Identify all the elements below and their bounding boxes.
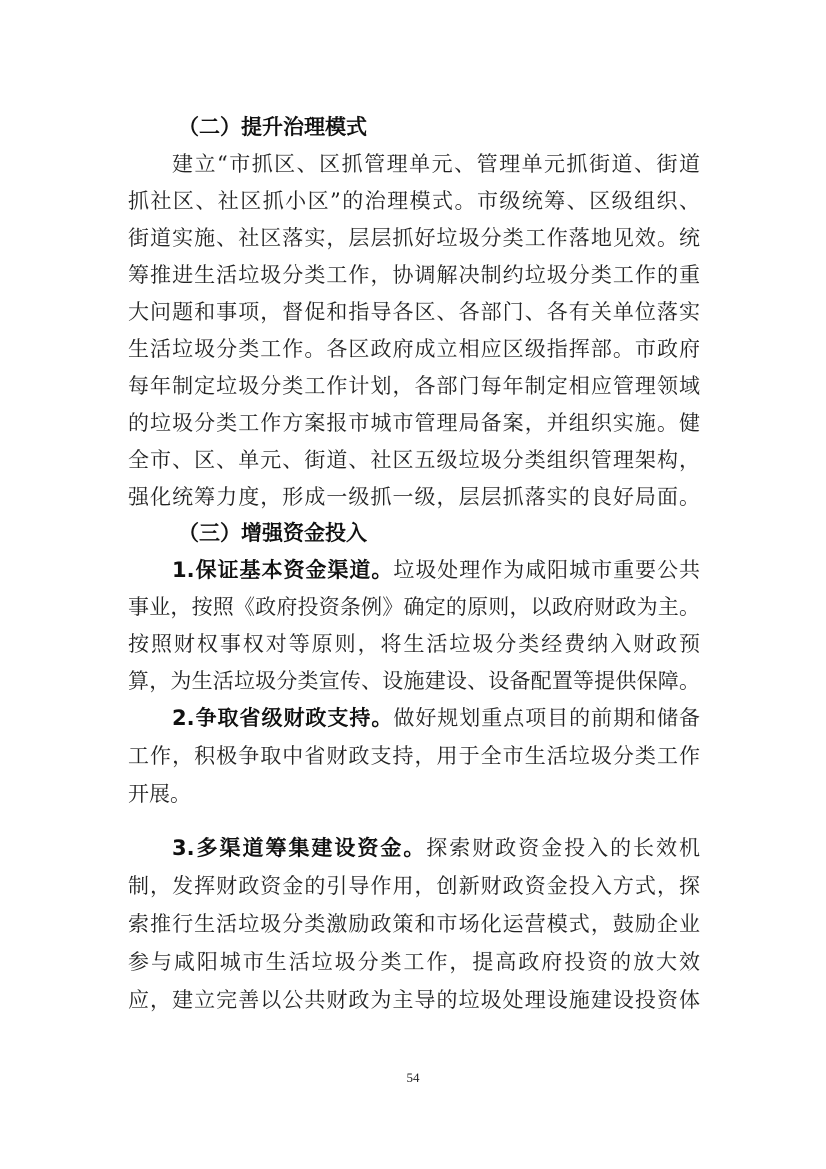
paragraph-line: 索推行生活垃圾分类激励政策和市场化运营模式，鼓励企业 xyxy=(128,909,700,939)
page-number: 54 xyxy=(0,1070,826,1086)
paragraph-line: 抓社区、社区抓小区”的治理模式。市级统筹、区级组织、 xyxy=(128,186,700,216)
paragraph-line: 生活垃圾分类工作。各区政府成立相应区级指挥部。市政府 xyxy=(128,334,700,364)
paragraph-line: 工作，积极争取中省财政支持，用于全市生活垃圾分类工作 xyxy=(128,741,700,771)
item-text: 垃圾处理作为咸阳城市重要公共 xyxy=(393,558,700,582)
item-first-line: 2.争取省级财政支持。做好规划重点项目的前期和储备 xyxy=(172,703,700,733)
paragraph-line: 按照财权事权对等原则，将生活垃圾分类经费纳入财政预 xyxy=(128,629,700,659)
paragraph-line: 参与咸阳城市生活垃圾分类工作，提高政府投资的放大效 xyxy=(128,947,700,977)
paragraph-line: 算，为生活垃圾分类宣传、设施建设、设备配置等提供保障。 xyxy=(128,666,700,696)
paragraph-line: 强化统筹力度，形成一级抓一级，层层抓落实的良好局面。 xyxy=(128,482,700,512)
paragraph-line: 街道实施、社区落实，层层抓好垃圾分类工作落地见效。统 xyxy=(128,223,700,253)
item-first-line: 3.多渠道筹集建设资金。探索财政资金投入的长效机 xyxy=(172,833,700,863)
paragraph-line: 大问题和事项，督促和指导各区、各部门、各有关单位落实 xyxy=(128,297,700,327)
item-lead-basic-funding: 1.保证基本资金渠道。 xyxy=(172,558,393,582)
paragraph-line: 建立“市抓区、区抓管理单元、管理单元抓街道、街道 xyxy=(172,149,700,179)
paragraph-line: 每年制定垃圾分类工作计划，各部门每年制定相应管理领域 xyxy=(128,371,700,401)
section-heading-funding: （三）增强资金投入 xyxy=(178,518,367,548)
item-first-line: 1.保证基本资金渠道。垃圾处理作为咸阳城市重要公共 xyxy=(172,555,700,585)
item-text: 做好规划重点项目的前期和储备 xyxy=(393,706,700,730)
item-text: 探索财政资金投入的长效机 xyxy=(426,836,700,860)
paragraph-line: 筹推进生活垃圾分类工作，协调解决制约垃圾分类工作的重 xyxy=(128,260,700,290)
item-lead-provincial-support: 2.争取省级财政支持。 xyxy=(172,706,393,730)
document-page: （二）提升治理模式 建立“市抓区、区抓管理单元、管理单元抓街道、街道 抓社区、社… xyxy=(0,0,826,1169)
paragraph-line: 应，建立完善以公共财政为主导的垃圾处理设施建设投资体 xyxy=(128,985,700,1015)
paragraph-line: 事业，按照《政府投资条例》确定的原则，以政府财政为主。 xyxy=(128,592,700,622)
section-heading-governance: （二）提升治理模式 xyxy=(178,112,367,142)
paragraph-line: 全市、区、单元、街道、社区五级垃圾分类组织管理架构， xyxy=(128,445,700,475)
item-lead-multi-channel-funding: 3.多渠道筹集建设资金。 xyxy=(172,836,426,860)
paragraph-line: 开展。 xyxy=(128,779,700,809)
paragraph-line: 的垃圾分类工作方案报市城市管理局备案，并组织实施。健 xyxy=(128,408,700,438)
paragraph-line: 制，发挥财政资金的引导作用，创新财政资金投入方式，探 xyxy=(128,871,700,901)
